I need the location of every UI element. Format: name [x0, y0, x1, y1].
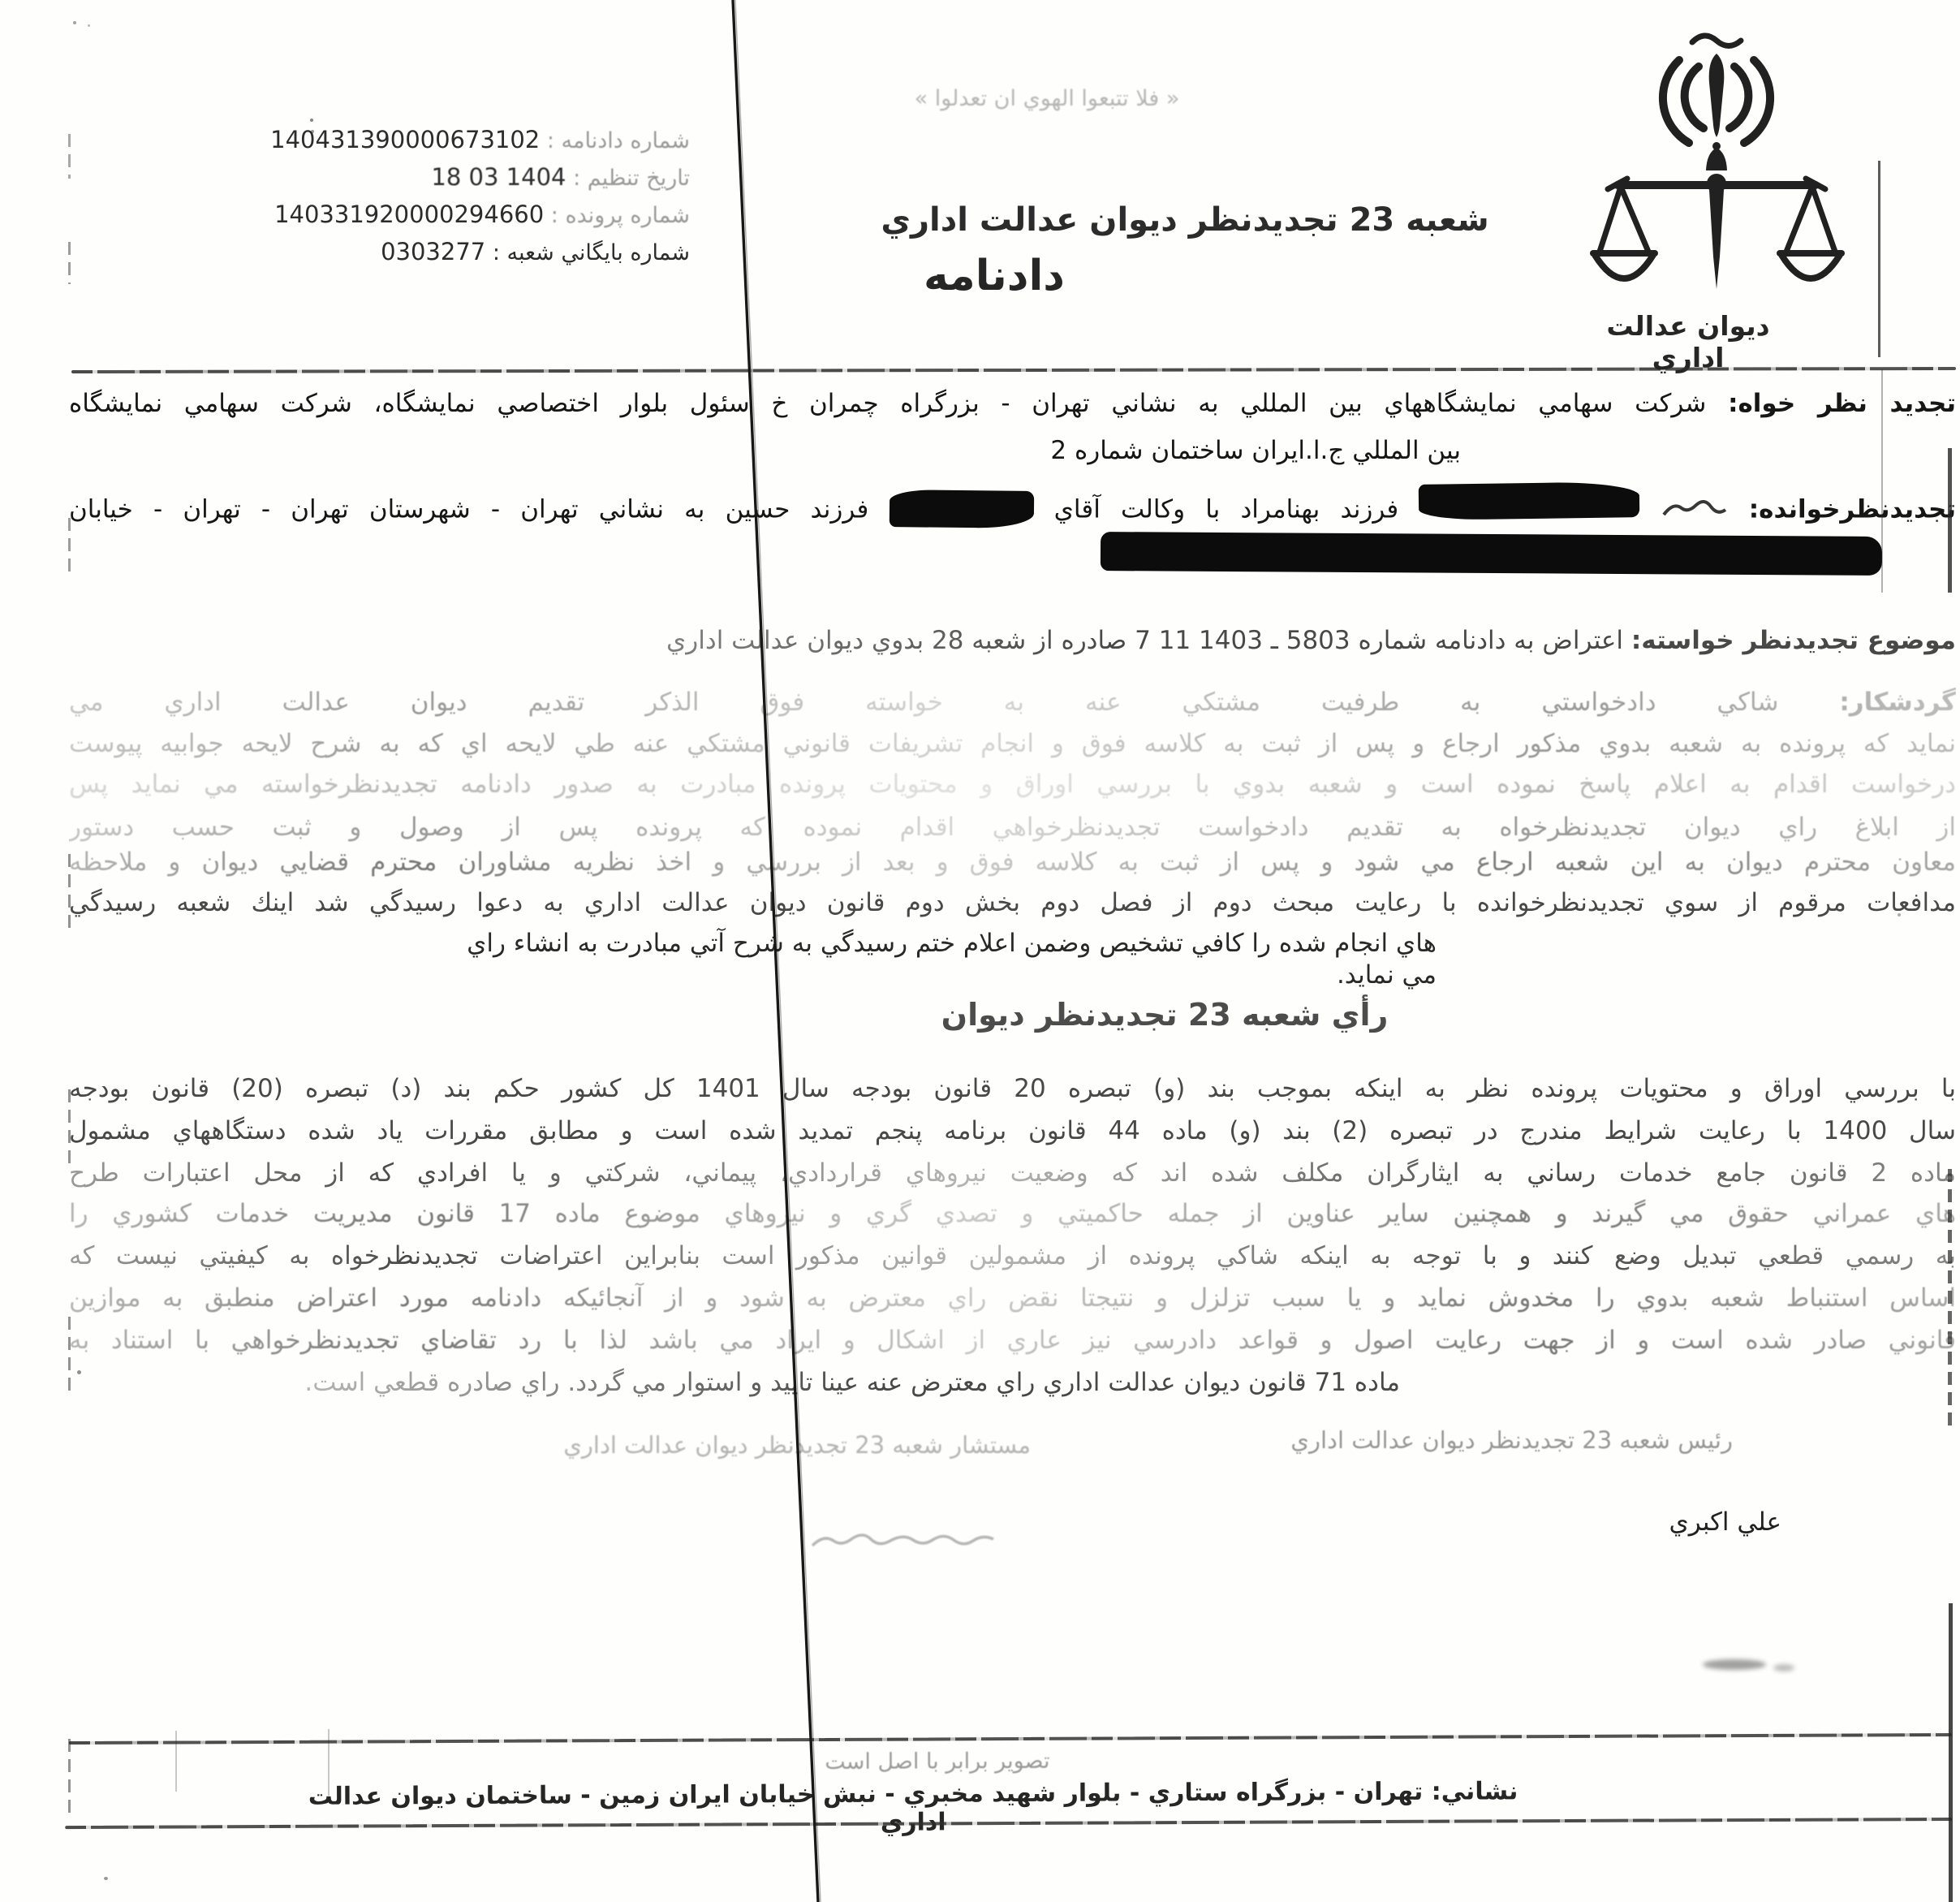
scanned-court-judgment-page: « فلا تتبعوا الهوي ان تعدلوا » شماره داد…: [0, 0, 1960, 1902]
scan-crease-line: [0, 0, 1960, 1902]
